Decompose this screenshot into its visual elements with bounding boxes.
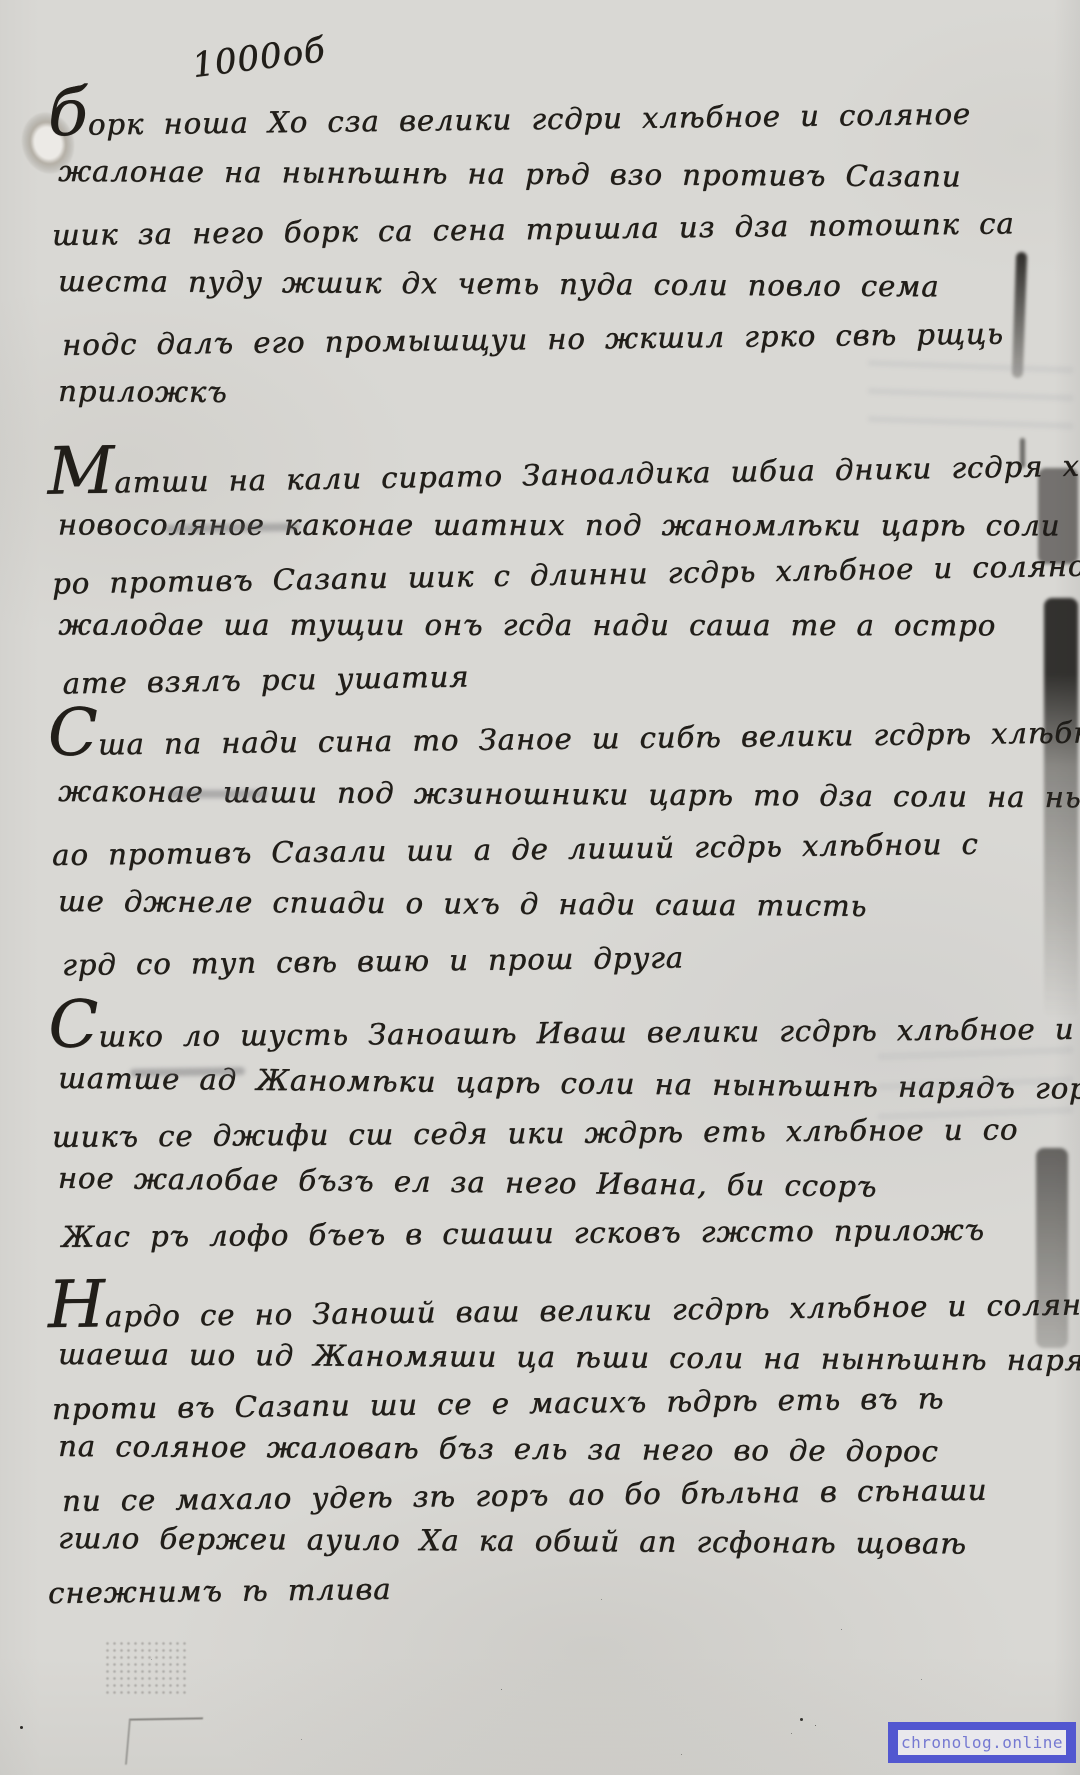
watermark-inner: chronolog.online: [898, 1730, 1066, 1755]
handwritten-line: Матши на кали сирато Заноалдика шбиа дни…: [47, 441, 1048, 508]
handwritten-line: Сшко ло шусть Заноашѣ Иваш велики гсдрѣ …: [48, 1004, 1048, 1062]
handwritten-line: приложкъ: [58, 364, 1048, 425]
manuscript-page: 1000об борк ноша Хо сза велики гсдри хлѣ…: [0, 0, 1080, 1775]
handwritten-line: ше джнеле спиади о ихъ д нади саша тисть: [58, 874, 1048, 935]
manuscript-paragraph-2: Матши на кали сирато Заноалдика шбиа дни…: [47, 447, 1048, 702]
handwritten-line: шик за него борк са сена тришла из дза п…: [52, 196, 1049, 263]
manuscript-paragraph-5: Нардо се но Заношй ваш велики гсдрѣ хлѣб…: [48, 1288, 1048, 1610]
handwritten-line: жаконае шаши под жзиношники царѣ то дза …: [58, 764, 1048, 825]
handwritten-line: снежнимъ ѣ тлива: [48, 1558, 1048, 1616]
manuscript-paragraph-1: борк ноша Хо сза велики гсдри хлѣбное и …: [48, 92, 1048, 422]
manuscript-paragraph-3: Сша па нади сина то Заное ш сибѣ велики …: [48, 712, 1048, 987]
handwritten-line: Сша па нади сина то Заное ш сибѣ велики …: [48, 706, 1049, 773]
handwritten-line: грд со туп свѣ вшю и прош друга: [62, 926, 1049, 993]
watermark-badge: chronolog.online: [888, 1722, 1076, 1763]
handwritten-line: ао противъ Сазали ши а де лиший гсдрь хл…: [52, 816, 1049, 883]
handwritten-line: шатше ад Жаномѣки царѣ соли на нынѣшнѣ н…: [58, 1053, 1048, 1113]
manuscript-paragraph-4: Сшко ло шусть Заноашѣ Иваш велики гсдрѣ …: [47, 1006, 1048, 1260]
stamp-residue: [104, 1640, 188, 1696]
handwritten-line: шеста пуду жшик дх четь пуда соли повло …: [58, 254, 1048, 315]
watermark-label: chronolog.online: [901, 1733, 1063, 1752]
page-number: 1000об: [190, 30, 328, 86]
handwritten-line: борк ноша Хо сза велики гсдри хлѣбное и …: [48, 86, 1049, 153]
handwritten-line: жалонае на нынѣшнѣ на рѣд взо противъ Са…: [58, 144, 1048, 205]
handwritten-line: ро противъ Сазапи шик с длинни гсдрь хлѣ…: [52, 541, 1049, 608]
handwritten-line: жалодае ша тущии онъ гсда нади саша те а…: [58, 600, 1048, 651]
handwritten-line: Жас ръ лофо бъеъ в сшаши гсковъ гжсто пр…: [61, 1204, 1047, 1262]
handwritten-line: новосоляное каконае шатних под жаномлѣки…: [58, 500, 1048, 551]
handwritten-line: шикъ се джифи сш седя ики ждрѣ еть хлѣбн…: [52, 1104, 1048, 1162]
pencil-outline: [125, 1717, 203, 1764]
ink-specks: [800, 1718, 803, 1721]
handwritten-line: ате взялъ рси ушатия: [62, 641, 1049, 708]
handwritten-line: ное жалобае бъзъ ел за него Ивана, би сс…: [58, 1153, 1048, 1213]
handwritten-line: нодс далъ его промышщуи но жкшил грко св…: [62, 306, 1049, 373]
